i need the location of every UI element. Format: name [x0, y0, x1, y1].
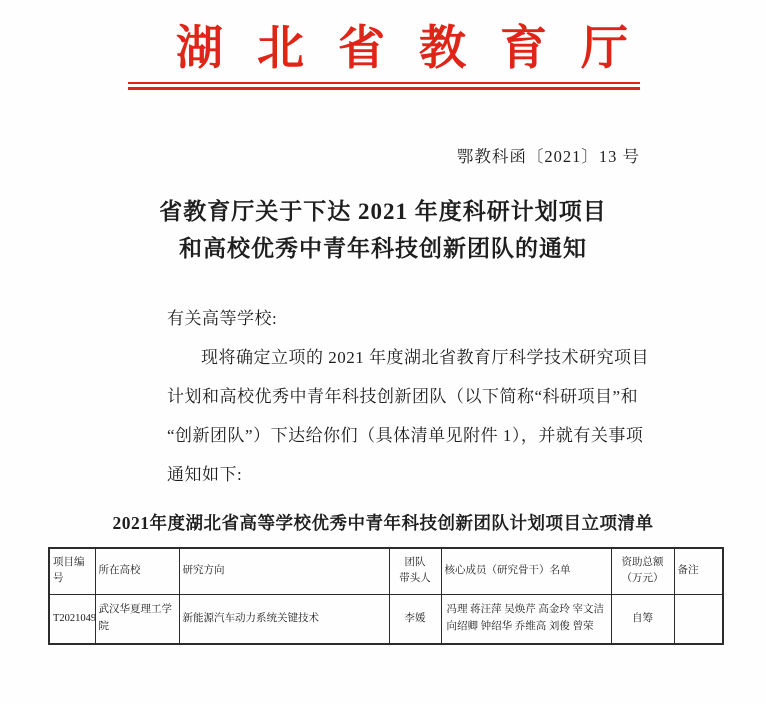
header-team-leader: 团队 带头人 — [389, 548, 441, 594]
body-line: “创新团队”）下达给你们（具体清单见附件 1），并就有关事项 — [167, 416, 653, 455]
document-title-line1: 省教育厅关于下达 2021 年度科研计划项目 — [0, 193, 766, 230]
table-row: T2021049 武汉华夏理工学院 新能源汽车动力系统关键技术 李媛 冯理 蒋汪… — [49, 594, 723, 644]
header-remarks: 备注 — [674, 548, 723, 594]
cell-university: 武汉华夏理工学院 — [95, 594, 179, 644]
document-title-line2: 和高校优秀中青年科技创新团队的通知 — [0, 230, 766, 267]
document-title: 省教育厅关于下达 2021 年度科研计划项目 和高校优秀中青年科技创新团队的通知 — [0, 193, 766, 267]
header-research-field: 研究方向 — [179, 548, 389, 594]
salutation: 有关高等学校: — [167, 299, 653, 338]
document-number: 鄂教科函〔2021〕13 号 — [457, 143, 640, 167]
cell-project-id: T2021049 — [49, 594, 95, 644]
body-line: 计划和高校优秀中青年科技创新团队（以下简称“科研项目”和 — [167, 377, 653, 416]
letterhead-divider — [128, 82, 640, 90]
header-project-id: 项目编号 — [49, 548, 95, 594]
attachment-table-title: 2021年度湖北省高等学校优秀中青年科技创新团队计划项目立项清单 — [0, 510, 766, 535]
grant-project-table: 项目编号 所在高校 研究方向 团队 带头人 核心成员（研究骨干）名单 资助总额 … — [48, 547, 724, 645]
header-total-funding: 资助总额 （万元） — [611, 548, 674, 594]
letterhead-org-name: 湖北省教育厅 — [176, 24, 662, 76]
document-page: 湖北省教育厅 鄂教科函〔2021〕13 号 省教育厅关于下达 2021 年度科研… — [0, 0, 766, 705]
header-core-members: 核心成员（研究骨干）名单 — [441, 548, 611, 594]
cell-core-members: 冯理 蒋汪萍 吴焕芹 高金玲 宰文洁 向绍卿 钟绍华 乔维高 刘俊 曾荣 — [441, 594, 611, 644]
header-university: 所在高校 — [95, 548, 179, 594]
document-body: 有关高等学校: 现将确定立项的 2021 年度湖北省教育厅科学技术研究项目 计划… — [167, 299, 653, 494]
table-header-row: 项目编号 所在高校 研究方向 团队 带头人 核心成员（研究骨干）名单 资助总额 … — [49, 548, 723, 594]
body-line: 现将确定立项的 2021 年度湖北省教育厅科学技术研究项目 — [167, 338, 653, 377]
cell-team-leader: 李媛 — [389, 594, 441, 644]
cell-total-funding: 自筹 — [611, 594, 674, 644]
cell-remarks — [674, 594, 723, 644]
body-line: 通知如下: — [167, 455, 653, 494]
cell-research-field: 新能源汽车动力系统关键技术 — [179, 594, 389, 644]
